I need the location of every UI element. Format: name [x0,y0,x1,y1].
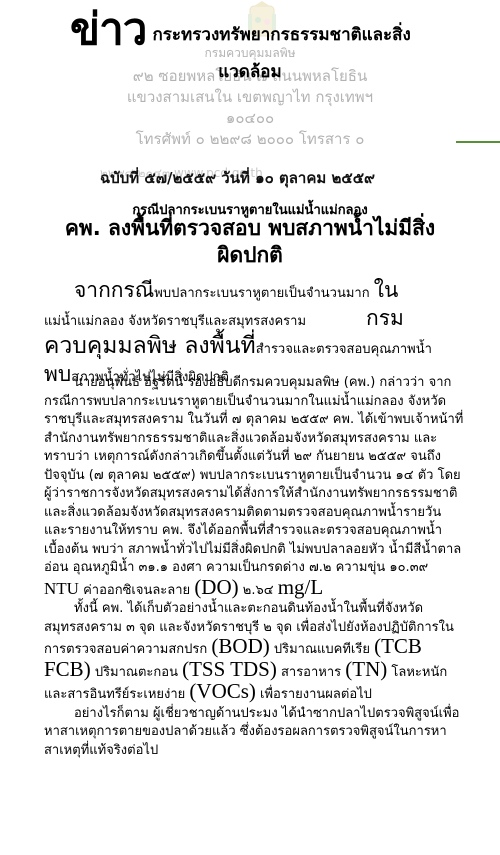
article-body: นายอนุพันธ์ อิฐรัตน์ รองอธิบดีกรมควบคุมม… [44,374,464,760]
abbr-bod: (BOD) [211,634,269,658]
paragraph-text: นายอนุพันธ์ อิฐรัตน์ รองอธิบดีกรมควบคุมม… [44,375,463,575]
lead-text: สำรวจและตรวจสอบคุณภาพน้ำ [256,342,432,357]
paragraph-text: ปริมาณตะกอน [91,665,182,680]
paragraph-text: ค่าออกซิเจนละลาย [79,583,194,598]
ministry-name: กระทรวงทรัพยากรธรรมชาติและสิ่ง [153,21,411,48]
abbr-tss: (TSS TDS) [182,657,277,681]
lead-text: แม่น้ำแม่กลอง จังหวัดราชบุรีและสมุทรสงคร… [44,314,306,329]
paragraph-2: ทั้งนี้ คพ. ได้เก็บตัวอย่างน้ำและตะกอนดิ… [44,600,464,705]
abbr-vocs: (VOCs) [189,679,256,703]
unit-ntu: NTU [44,579,79,598]
issue-number-date: ฉบับที่ ๕๗/๒๕๕๙ วันที่ ๑๐ ตุลาคม ๒๕๕๙ [100,166,375,190]
abbr-do: (DO) [194,575,238,599]
lead-text: ควบคุมมลพิษ ลงพื้นที่ [44,333,256,359]
paragraph-text: ปริมาณแบคทีเรีย [270,642,374,657]
paragraph-3: อย่างไรก็ตาม ผู้เชี่ยวชาญด้านประมง ได้นำ… [44,705,464,761]
lead-text: กรม [366,306,404,330]
lead-text: จากกรณี [74,278,154,302]
paragraph-1: นายอนุพันธ์ อิฐรัตน์ รองอธิบดีกรมควบคุมม… [44,374,464,600]
ministry-name-cont: แวดล้อม [0,58,500,85]
abbr-tn: (TN) [345,657,387,681]
headline-title: คพ. ลงพื้นที่ตรวจสอบ พบสภาพน้ำไม่มีสิ่งผ… [55,215,445,269]
paragraph-text: สารอาหาร [277,665,345,680]
lead-text: พบปลากระเบนราหูตายเป็นจำนวนมาก [154,286,373,301]
lead-text: ใน [374,278,399,302]
paragraph-text: เพื่อรายงานผลต่อไป [256,687,372,702]
unit-mgl: mg/L [278,575,324,599]
postal-code: ๑๐๔๐๐ [0,108,500,129]
address-line-2: แขวงสามเสนใน เขตพญาไท กรุงเทพฯ [0,87,500,108]
phone-fax: โทรศัพท์ ๐ ๒๒๙๘ ๒๐๐๐ โทรสาร ๐ [0,129,500,150]
paragraph-text: ๒.๖๔ [239,583,278,598]
